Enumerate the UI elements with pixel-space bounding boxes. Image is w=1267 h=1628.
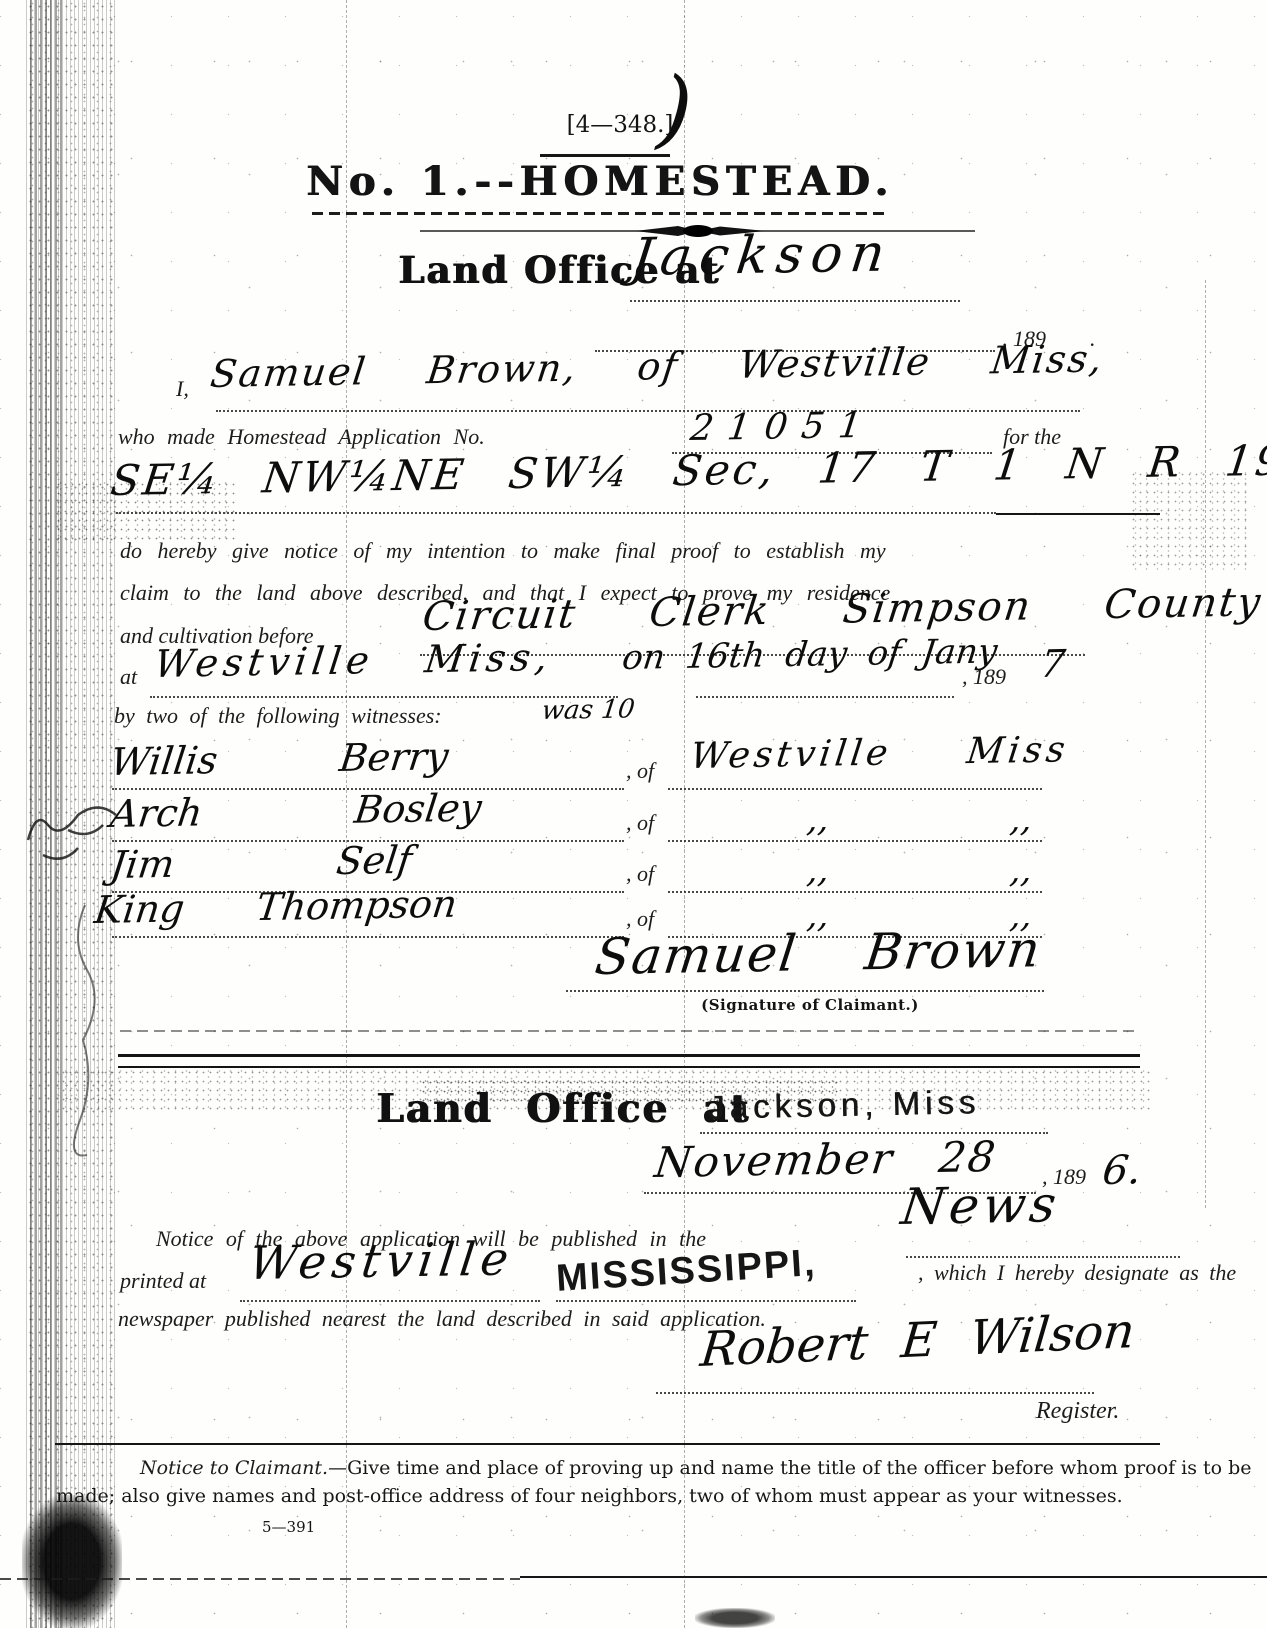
proof-year-hw: 7	[1038, 642, 1068, 686]
proof-year-printed: , 189	[962, 664, 1006, 690]
newspaper-name-hw: News	[898, 1175, 1063, 1236]
register-label: Register.	[1036, 1398, 1119, 1425]
witness-name-rule	[112, 936, 624, 938]
register-date-year-hw: 6.	[1100, 1147, 1144, 1194]
claimant-name-hw: Samuel Brown, of Westville Miss,	[208, 336, 1106, 396]
footer-notice-line-1: Notice to Claimant.—Give time and place …	[140, 1457, 1180, 1479]
claimant-signature-hw: Samuel Brown	[592, 920, 1045, 986]
notice-line-2-suffix: , which I hereby designate as the	[918, 1260, 1236, 1286]
witness-of-label: , of	[626, 758, 654, 784]
footer-rule	[55, 1443, 1160, 1445]
witness-name: Jim Self	[108, 838, 414, 887]
bottom-edge-line-left	[0, 1578, 520, 1580]
witness-place-rule	[668, 788, 1042, 790]
land-office-value-hw: Jackson	[628, 223, 896, 288]
newspaper-place-rule	[240, 1300, 540, 1302]
witnesses-note-hw: was 10	[540, 694, 636, 726]
witness-place: Westville Miss	[688, 729, 1071, 777]
witness-place-ditto: ,,	[1008, 800, 1035, 840]
land-description-rule-ext	[996, 513, 1160, 515]
ink-blotch	[695, 1608, 775, 1628]
printed-at-label: printed at	[120, 1268, 206, 1294]
witness-place-ditto: ,,	[805, 800, 832, 840]
margin-scribble	[55, 900, 115, 1160]
footer-notice-rest: Give time and place of proving up and na…	[347, 1457, 1251, 1479]
claimant-signature-caption: (Signature of Claimant.)	[600, 996, 1020, 1014]
fold-line-right	[1205, 280, 1206, 1208]
bottom-edge-line-right	[520, 1576, 1267, 1578]
title-underline	[312, 212, 887, 215]
witness-name: Willis Berry	[108, 734, 451, 784]
state-stamp-rule	[556, 1300, 856, 1302]
divider-dotted	[120, 1030, 1140, 1032]
claimant-signature-rule	[566, 990, 1044, 992]
land-office-1-rule	[630, 300, 960, 302]
land-description-rule	[116, 512, 996, 514]
scanned-homestead-form: [4—348.] ) No. 1.--HOMESTEAD. Land Offic…	[0, 0, 1267, 1628]
footer-form-number: 5—391	[262, 1518, 315, 1536]
witness-place-rule	[668, 840, 1042, 842]
proof-date-hw: on 16th day of Jany	[620, 631, 1000, 678]
witness-of-label: , of	[626, 810, 654, 836]
newspaper-name-rule	[906, 1256, 1180, 1258]
printed-i: I,	[176, 376, 189, 402]
application-line-prefix: who made Homestead Application No.	[118, 424, 485, 450]
witness-of-label: , of	[626, 861, 654, 887]
witness-place-rule	[668, 891, 1042, 893]
land-office-stamp: Jackson, Miss	[708, 1083, 981, 1127]
footer-notice-lead: Notice to Claimant.—	[140, 1457, 347, 1479]
footer-notice-line-2: made; also give names and post-office ad…	[56, 1485, 1123, 1507]
proof-date-rule	[696, 696, 954, 698]
page-title: No. 1.--HOMESTEAD.	[300, 158, 900, 205]
witness-name: Arch Bosley	[108, 786, 484, 836]
witness-name: King Thompson	[92, 882, 460, 932]
pen-mark-paren: )	[655, 58, 695, 160]
witness-place-ditto: ,,	[805, 851, 832, 891]
at-label: at	[120, 664, 137, 690]
section-double-rule	[118, 1054, 1140, 1068]
newspaper-place-hw: Westville	[246, 1231, 517, 1290]
land-office-heading-2: Land Office at	[376, 1086, 750, 1132]
form-code-underline	[540, 154, 670, 157]
proof-place-hw: Westville Miss,	[152, 635, 555, 686]
witness-place-ditto: ,,	[1008, 851, 1035, 891]
ink-blotch	[22, 1495, 122, 1628]
body-line-1: do hereby give notice of my intention to…	[120, 538, 886, 564]
notice-line-3: newspaper published nearest the land des…	[118, 1306, 766, 1332]
witnesses-label: by two of the following witnesses:	[114, 703, 442, 729]
claimant-rule	[216, 410, 1080, 412]
register-signature-rule	[656, 1392, 1094, 1394]
